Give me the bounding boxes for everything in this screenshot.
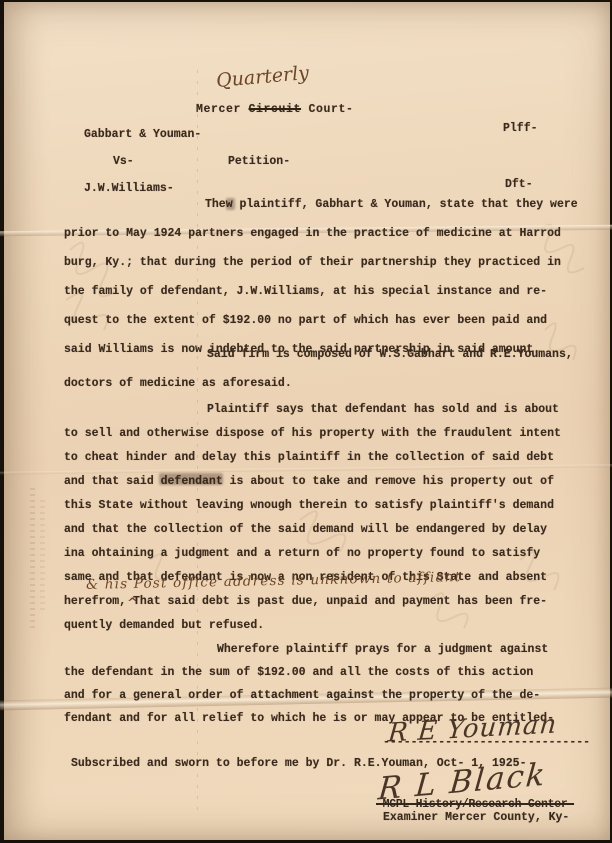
typewriter-overstrike xyxy=(226,198,235,210)
plaintiff-abbr: Plff- xyxy=(503,122,538,135)
plaintiff-name: Gabbart & Youman- xyxy=(84,128,201,141)
paragraph-3-continued: herefrom, That said debt is past due, un… xyxy=(64,590,569,638)
examiner-line: Examiner Mercer County, Ky- xyxy=(383,811,569,824)
court-title-suffix: Court- xyxy=(301,103,354,116)
versus-label: Vs- xyxy=(113,155,134,168)
paragraph-2: Said firm is composed of W.S.Gabhart and… xyxy=(64,340,569,398)
typed-line: Plaintiff says that defendant has sold a… xyxy=(64,398,569,422)
typed-line: Thew plaintiff, Gabhart & Youman, state … xyxy=(64,190,569,219)
typed-line: doctors of medicine as aforesaid. xyxy=(64,369,569,398)
typed-line: prior to May 1924 partners engaged in th… xyxy=(64,219,569,248)
court-title-prefix: Mercer xyxy=(196,103,249,116)
typewriter-overstrike xyxy=(159,473,223,485)
court-title-struck-word: Circuit xyxy=(249,103,302,116)
typed-line: and for a general order of attachment ag… xyxy=(64,684,569,707)
signature-dashed-line: ------------------------------ xyxy=(383,736,590,749)
typed-line: the family of defendant, J.W.Williams, a… xyxy=(64,277,569,306)
typed-line: quently demanded but refused. xyxy=(64,614,569,638)
faint-margin-stamp xyxy=(40,500,45,610)
typed-line: quest to the extent of $192.00 no part o… xyxy=(64,306,569,335)
typed-line: the defendant in the sum of $192.00 and … xyxy=(64,661,569,684)
typed-line: Wherefore plaintiff prays for a judgment… xyxy=(64,638,569,661)
faint-margin-stamp xyxy=(30,488,35,628)
court-title: Mercer Circuit Court- xyxy=(166,90,354,129)
typed-line: this State without leaving wnough therei… xyxy=(64,494,569,518)
typed-line: ina ohtaining a judgment and a return of… xyxy=(64,542,569,566)
document-title: Petition- xyxy=(228,155,290,168)
typed-line: and that said defendant is about to take… xyxy=(64,470,569,494)
paragraph-1: Thew plaintiff, Gabhart & Youman, state … xyxy=(64,190,569,364)
typed-line: burg, Ky.; that during the period of the… xyxy=(64,248,569,277)
typed-line: to sell and otherwise dispose of his pro… xyxy=(64,422,569,446)
typed-line: and that the collection of the said dema… xyxy=(64,518,569,542)
mcpl-watermark: -MCPL History/Research Center- xyxy=(376,798,574,811)
scanned-document: Quarterly Mercer Circuit Court- Gabbart … xyxy=(0,0,612,843)
typed-line: herefrom, That said debt is past due, un… xyxy=(64,590,569,614)
typed-line: to cheat hinder and delay this plaintiff… xyxy=(64,446,569,470)
typed-line: Said firm is composed of W.S.Gabhart and… xyxy=(64,340,569,369)
paragraph-3: Plaintiff says that defendant has sold a… xyxy=(64,398,569,590)
